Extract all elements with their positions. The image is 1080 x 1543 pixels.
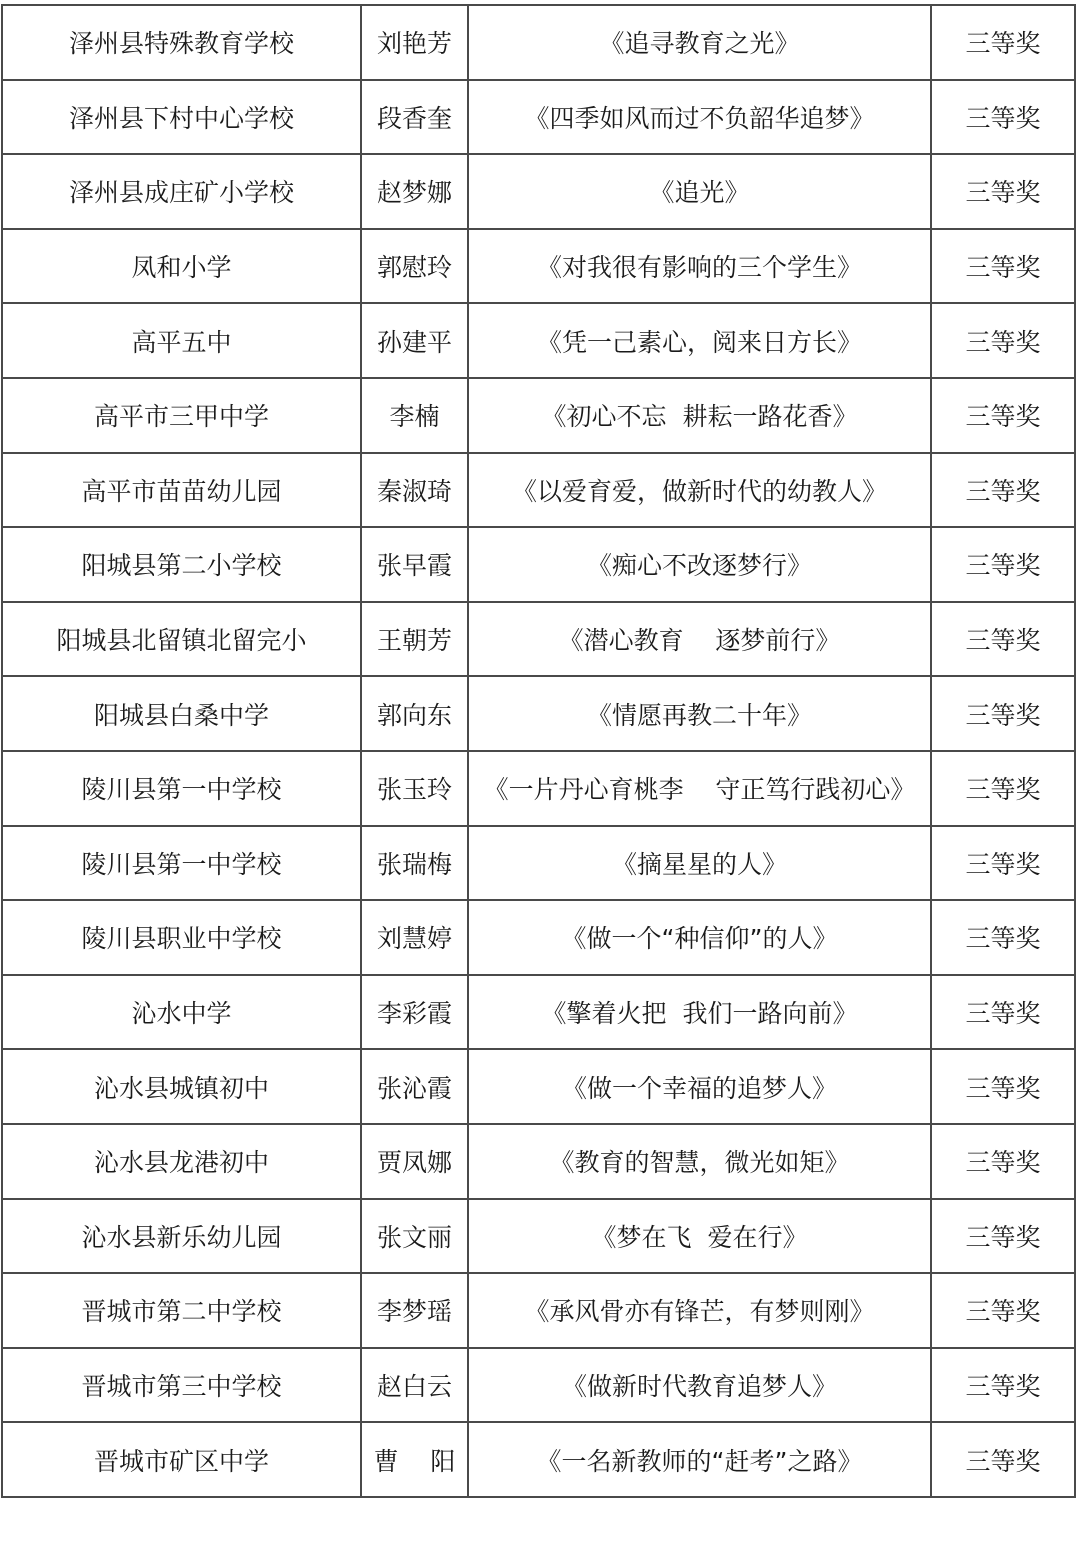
essay-title-cell: 《情愿再教二十年》 xyxy=(468,676,931,751)
table-row: 阳城县第二小学校 张早霞 《痴心不改逐梦行》 三等奖 xyxy=(2,527,1075,602)
teacher-name-cell: 张文丽 xyxy=(361,1199,468,1274)
award-level-cell: 三等奖 xyxy=(931,1273,1075,1348)
teacher-name-cell: 贾凤娜 xyxy=(361,1124,468,1199)
table-row: 沁水中学 李彩霞 《擎着火把 我们一路向前》 三等奖 xyxy=(2,975,1075,1050)
award-level-cell: 三等奖 xyxy=(931,676,1075,751)
table-body: 泽州县特殊教育学校 刘艳芳 《追寻教育之光》 三等奖 泽州县下村中心学校 段香奎… xyxy=(2,5,1075,1497)
essay-title-cell: 《以爱育爱，做新时代的幼教人》 xyxy=(468,453,931,528)
teacher-name-cell: 张早霞 xyxy=(361,527,468,602)
essay-title-cell: 《擎着火把 我们一路向前》 xyxy=(468,975,931,1050)
teacher-name-cell: 刘慧婷 xyxy=(361,900,468,975)
table-row: 阳城县北留镇北留完小 王朝芳 《潜心教育 逐梦前行》 三等奖 xyxy=(2,602,1075,677)
award-level-cell: 三等奖 xyxy=(931,527,1075,602)
award-level-cell: 三等奖 xyxy=(931,453,1075,528)
table-row: 高平市三甲中学 李楠 《初心不忘 耕耘一路花香》 三等奖 xyxy=(2,378,1075,453)
essay-title-cell: 《追光》 xyxy=(468,154,931,229)
award-level-cell: 三等奖 xyxy=(931,1199,1075,1274)
school-cell: 阳城县白桑中学 xyxy=(2,676,361,751)
school-cell: 陵川县第一中学校 xyxy=(2,826,361,901)
teacher-name-cell: 王朝芳 xyxy=(361,602,468,677)
award-level-cell: 三等奖 xyxy=(931,975,1075,1050)
essay-title-cell: 《一名新教师的“赶考”之路》 xyxy=(468,1422,931,1497)
essay-title-cell: 《做一个“种信仰”的人》 xyxy=(468,900,931,975)
table-row: 高平五中 孙建平 《凭一己素心，阅来日方长》 三等奖 xyxy=(2,303,1075,378)
essay-title-cell: 《初心不忘 耕耘一路花香》 xyxy=(468,378,931,453)
teacher-name-cell: 郭慰玲 xyxy=(361,229,468,304)
award-level-cell: 三等奖 xyxy=(931,5,1075,80)
teacher-name-cell: 段香奎 xyxy=(361,80,468,155)
table-row: 沁水县新乐幼儿园 张文丽 《梦在飞 爱在行》 三等奖 xyxy=(2,1199,1075,1274)
table-row: 陵川县第一中学校 张瑞梅 《摘星星的人》 三等奖 xyxy=(2,826,1075,901)
essay-title-cell: 《痴心不改逐梦行》 xyxy=(468,527,931,602)
table-row: 泽州县下村中心学校 段香奎 《四季如风而过不负韶华追梦》 三等奖 xyxy=(2,80,1075,155)
award-list-table: 泽州县特殊教育学校 刘艳芳 《追寻教育之光》 三等奖 泽州县下村中心学校 段香奎… xyxy=(1,4,1076,1498)
essay-title-cell: 《做新时代教育追梦人》 xyxy=(468,1348,931,1423)
teacher-name-cell: 张玉玲 xyxy=(361,751,468,826)
teacher-name-cell: 李梦瑶 xyxy=(361,1273,468,1348)
school-cell: 阳城县第二小学校 xyxy=(2,527,361,602)
award-level-cell: 三等奖 xyxy=(931,80,1075,155)
award-level-cell: 三等奖 xyxy=(931,900,1075,975)
school-cell: 阳城县北留镇北留完小 xyxy=(2,602,361,677)
award-level-cell: 三等奖 xyxy=(931,229,1075,304)
table-row: 晋城市第三中学校 赵白云 《做新时代教育追梦人》 三等奖 xyxy=(2,1348,1075,1423)
award-level-cell: 三等奖 xyxy=(931,303,1075,378)
table-row: 阳城县白桑中学 郭向东 《情愿再教二十年》 三等奖 xyxy=(2,676,1075,751)
school-cell: 沁水县龙港初中 xyxy=(2,1124,361,1199)
essay-title-cell: 《做一个幸福的追梦人》 xyxy=(468,1049,931,1124)
table-row: 泽州县特殊教育学校 刘艳芳 《追寻教育之光》 三等奖 xyxy=(2,5,1075,80)
school-cell: 高平市苗苗幼儿园 xyxy=(2,453,361,528)
school-cell: 沁水县城镇初中 xyxy=(2,1049,361,1124)
table-row: 沁水县龙港初中 贾凤娜 《教育的智慧，微光如矩》 三等奖 xyxy=(2,1124,1075,1199)
school-cell: 晋城市第二中学校 xyxy=(2,1273,361,1348)
teacher-name-cell: 曹 阳 xyxy=(361,1422,468,1497)
table-row: 泽州县成庄矿小学校 赵梦娜 《追光》 三等奖 xyxy=(2,154,1075,229)
award-level-cell: 三等奖 xyxy=(931,378,1075,453)
school-cell: 晋城市矿区中学 xyxy=(2,1422,361,1497)
award-level-cell: 三等奖 xyxy=(931,1348,1075,1423)
teacher-name-cell: 张瑞梅 xyxy=(361,826,468,901)
table-row: 晋城市第二中学校 李梦瑶 《承风骨亦有锋芒，有梦则刚》 三等奖 xyxy=(2,1273,1075,1348)
essay-title-cell: 《一片丹心育桃李 守正笃行践初心》 xyxy=(468,751,931,826)
award-level-cell: 三等奖 xyxy=(931,826,1075,901)
essay-title-cell: 《承风骨亦有锋芒，有梦则刚》 xyxy=(468,1273,931,1348)
school-cell: 沁水县新乐幼儿园 xyxy=(2,1199,361,1274)
essay-title-cell: 《梦在飞 爱在行》 xyxy=(468,1199,931,1274)
school-cell: 泽州县下村中心学校 xyxy=(2,80,361,155)
table-row: 晋城市矿区中学 曹 阳 《一名新教师的“赶考”之路》 三等奖 xyxy=(2,1422,1075,1497)
essay-title-cell: 《教育的智慧，微光如矩》 xyxy=(468,1124,931,1199)
school-cell: 高平五中 xyxy=(2,303,361,378)
school-cell: 凤和小学 xyxy=(2,229,361,304)
table-row: 陵川县职业中学校 刘慧婷 《做一个“种信仰”的人》 三等奖 xyxy=(2,900,1075,975)
table-row: 沁水县城镇初中 张沁霞 《做一个幸福的追梦人》 三等奖 xyxy=(2,1049,1075,1124)
teacher-name-cell: 秦淑琦 xyxy=(361,453,468,528)
essay-title-cell: 《凭一己素心，阅来日方长》 xyxy=(468,303,931,378)
teacher-name-cell: 赵梦娜 xyxy=(361,154,468,229)
teacher-name-cell: 李彩霞 xyxy=(361,975,468,1050)
award-level-cell: 三等奖 xyxy=(931,1049,1075,1124)
school-cell: 陵川县第一中学校 xyxy=(2,751,361,826)
teacher-name-cell: 孙建平 xyxy=(361,303,468,378)
essay-title-cell: 《对我很有影响的三个学生》 xyxy=(468,229,931,304)
school-cell: 晋城市第三中学校 xyxy=(2,1348,361,1423)
award-level-cell: 三等奖 xyxy=(931,1124,1075,1199)
teacher-name-cell: 张沁霞 xyxy=(361,1049,468,1124)
teacher-name-cell: 郭向东 xyxy=(361,676,468,751)
teacher-name-cell: 刘艳芳 xyxy=(361,5,468,80)
school-cell: 高平市三甲中学 xyxy=(2,378,361,453)
award-level-cell: 三等奖 xyxy=(931,602,1075,677)
award-level-cell: 三等奖 xyxy=(931,154,1075,229)
award-level-cell: 三等奖 xyxy=(931,751,1075,826)
essay-title-cell: 《追寻教育之光》 xyxy=(468,5,931,80)
essay-title-cell: 《四季如风而过不负韶华追梦》 xyxy=(468,80,931,155)
essay-title-cell: 《摘星星的人》 xyxy=(468,826,931,901)
teacher-name-cell: 李楠 xyxy=(361,378,468,453)
table-row: 高平市苗苗幼儿园 秦淑琦 《以爱育爱，做新时代的幼教人》 三等奖 xyxy=(2,453,1075,528)
school-cell: 沁水中学 xyxy=(2,975,361,1050)
table-row: 凤和小学 郭慰玲 《对我很有影响的三个学生》 三等奖 xyxy=(2,229,1075,304)
school-cell: 泽州县成庄矿小学校 xyxy=(2,154,361,229)
table-row: 陵川县第一中学校 张玉玲 《一片丹心育桃李 守正笃行践初心》 三等奖 xyxy=(2,751,1075,826)
teacher-name-cell: 赵白云 xyxy=(361,1348,468,1423)
award-level-cell: 三等奖 xyxy=(931,1422,1075,1497)
school-cell: 陵川县职业中学校 xyxy=(2,900,361,975)
essay-title-cell: 《潜心教育 逐梦前行》 xyxy=(468,602,931,677)
school-cell: 泽州县特殊教育学校 xyxy=(2,5,361,80)
